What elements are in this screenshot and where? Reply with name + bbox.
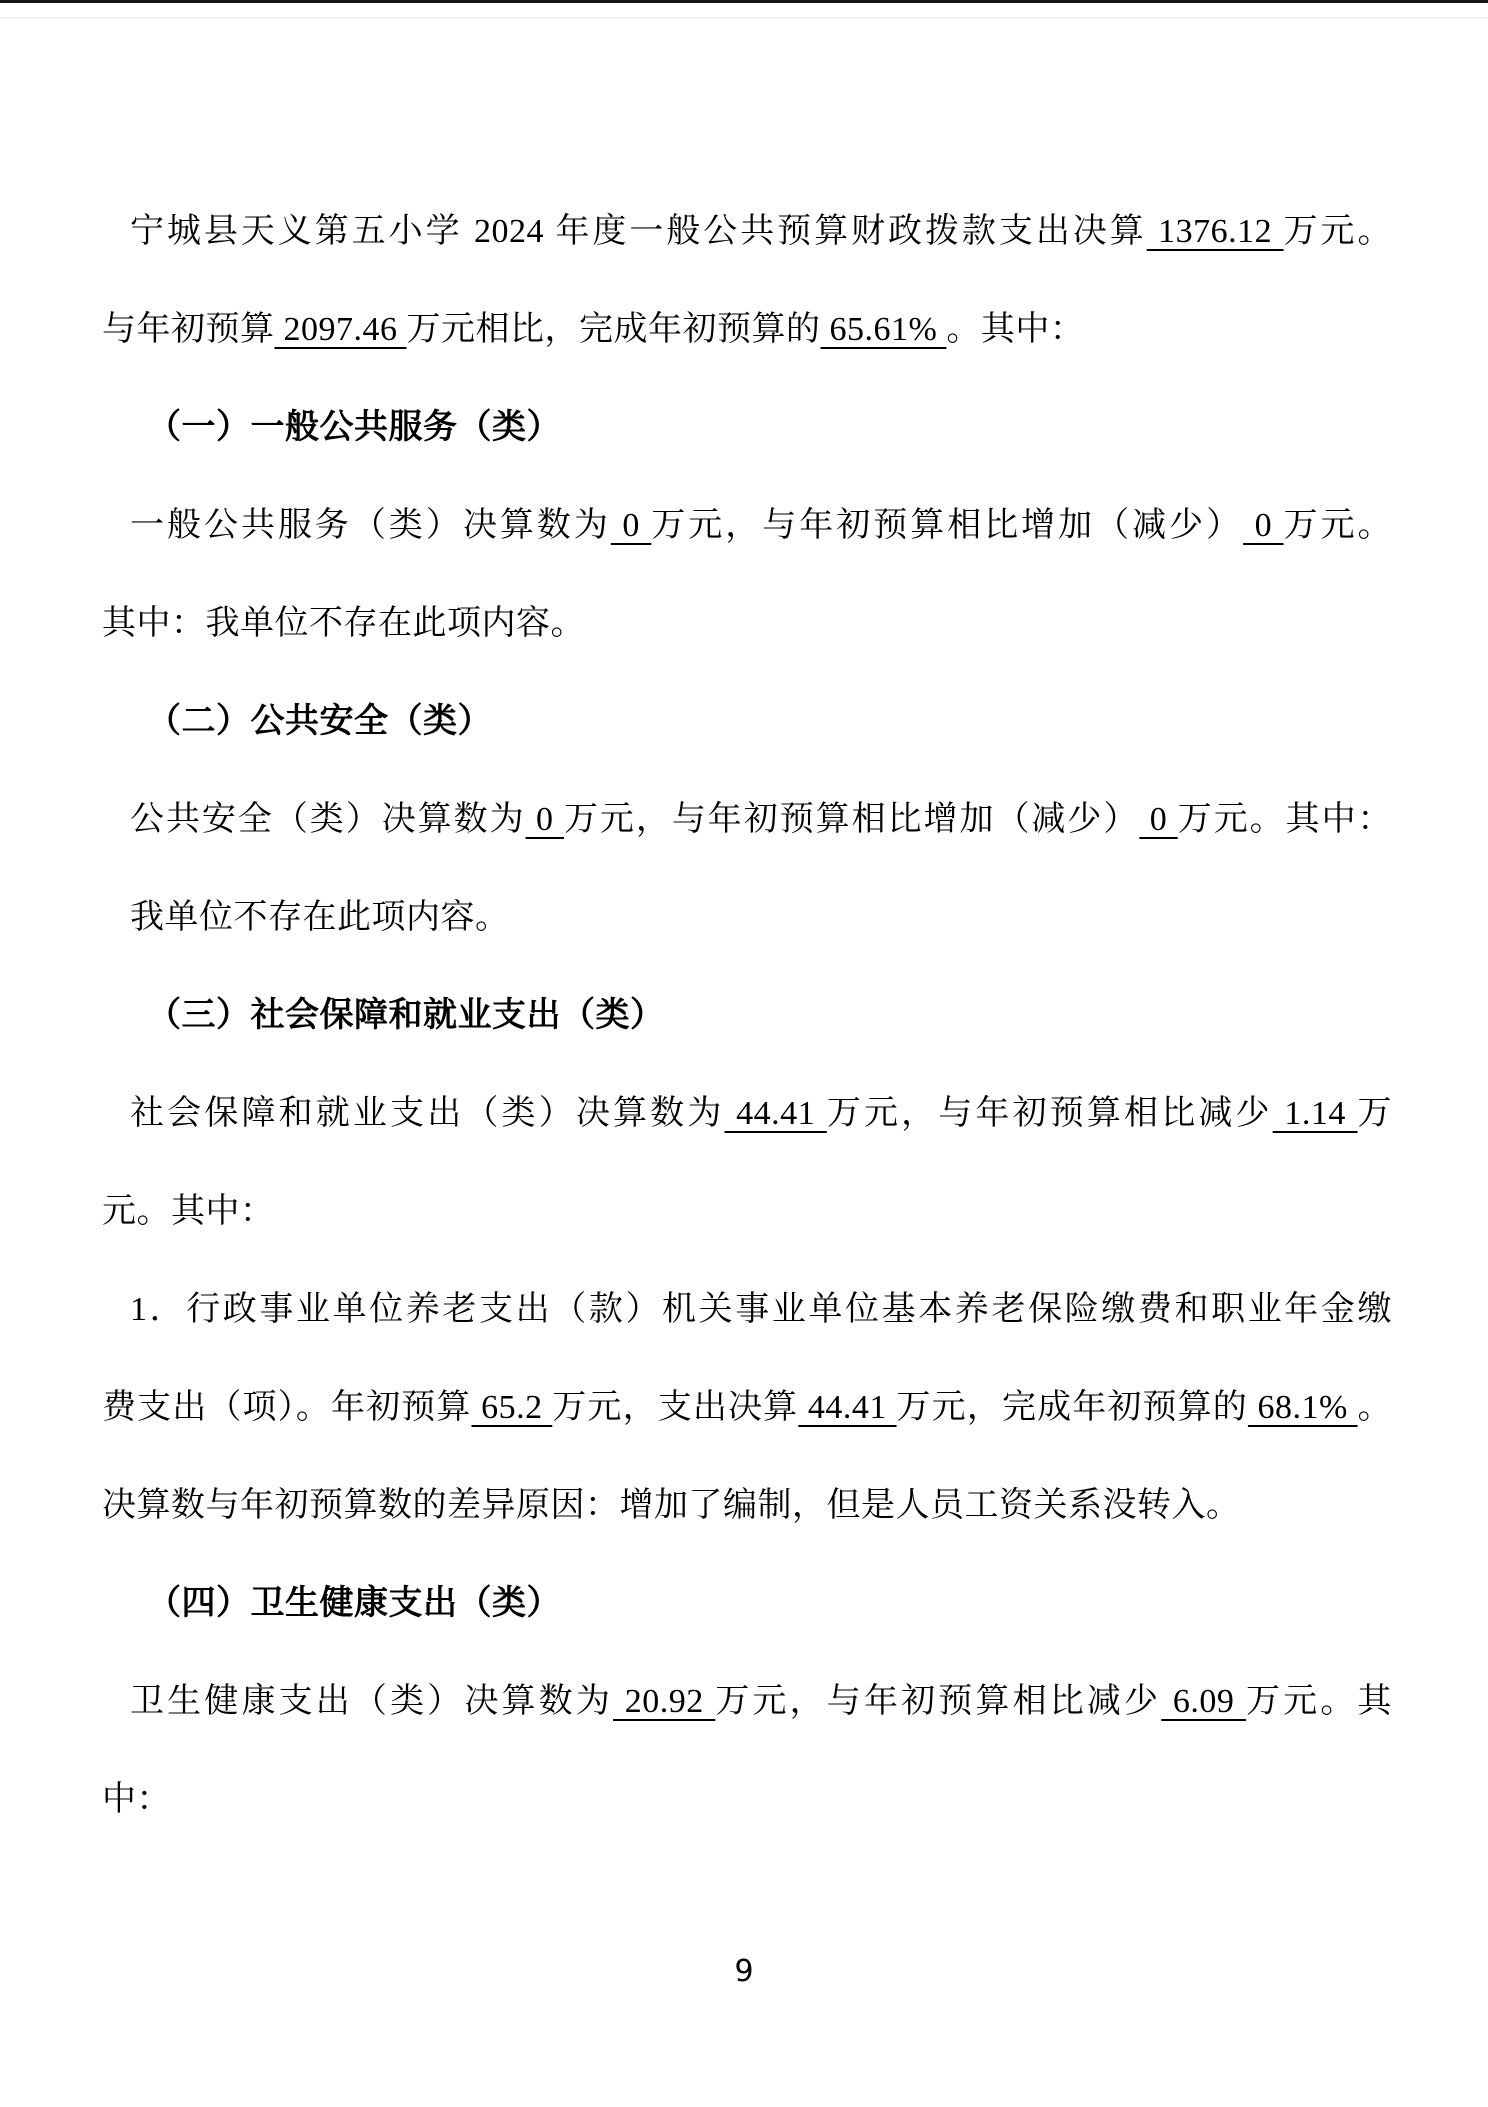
text-segment: 元。其中： (102, 1193, 275, 1230)
text-segment: （四）卫生健康支出（类） (147, 1585, 561, 1622)
section-1-line-2: 其中：我单位不存在此项内容。 (102, 575, 1392, 673)
text-segment: 万元。 (1284, 507, 1392, 544)
section-2-line-2: 我单位不存在此项内容。 (102, 869, 1392, 967)
underlined-value: 0 (526, 801, 564, 838)
window-top-edge (0, 17, 1488, 19)
text-segment: 卫生健康支出（类）决算数为 (130, 1683, 613, 1720)
section-4-line-2: 中： (102, 1751, 1392, 1849)
document-body: 宁城县天义第五小学 2024 年度一般公共预算财政拨款支出决算 1376.12 … (102, 183, 1392, 1849)
section-3-item-1-line-2: 费支出（项）。年初预算 65.2 万元，支出决算 44.41 万元，完成年初预算… (102, 1359, 1392, 1457)
text-segment: 万元相比，完成年初预算的 (407, 311, 821, 348)
underlined-value: 65.61% (821, 311, 947, 348)
text-segment: 万元，完成年初预算的 (897, 1389, 1248, 1426)
text-segment: 1．行政事业单位养老支出（款）机关事业单位基本养老保险缴费和职业年金缴 (130, 1291, 1392, 1328)
heading-section-4: （四）卫生健康支出（类） (102, 1555, 1392, 1653)
section-2-line-1: 公共安全（类）决算数为 0 万元，与年初预算相比增加（减少） 0 万元。其中： (102, 771, 1392, 869)
text-segment: 与年初预算 (102, 311, 275, 348)
text-segment: 万元。 (1284, 213, 1392, 250)
text-segment: 宁城县天义第五小学 2024 年度一般公共预算财政拨款支出决算 (130, 213, 1147, 250)
underlined-value: 65.2 (472, 1389, 553, 1426)
section-1-line-1: 一般公共服务（类）决算数为 0 万元，与年初预算相比增加（减少） 0 万元。 (102, 477, 1392, 575)
text-segment: 公共安全（类）决算数为 (130, 801, 526, 838)
intro-line-1: 宁城县天义第五小学 2024 年度一般公共预算财政拨款支出决算 1376.12 … (102, 183, 1392, 281)
text-segment: （三）社会保障和就业支出（类） (147, 997, 665, 1034)
text-segment: 费支出（项）。年初预算 (102, 1389, 472, 1426)
underlined-value: 2097.46 (275, 311, 407, 348)
text-segment: （一）一般公共服务（类） (147, 409, 561, 446)
section-3-line-2: 元。其中： (102, 1163, 1392, 1261)
text-segment: 其中：我单位不存在此项内容。 (102, 605, 585, 642)
text-segment: 决算数与年初预算数的差异原因：增加了编制，但是人员工资关系没转入。 (102, 1487, 1241, 1524)
text-segment: 。 (1358, 1389, 1392, 1426)
text-segment: 万元，支出决算 (552, 1389, 798, 1426)
text-segment: 中： (102, 1781, 171, 1818)
intro-line-2: 与年初预算 2097.46 万元相比，完成年初预算的 65.61% 。其中： (102, 281, 1392, 379)
section-4-line-1: 卫生健康支出（类）决算数为 20.92 万元，与年初预算相比减少 6.09 万元… (102, 1653, 1392, 1751)
text-segment: 万元，与年初预算相比减少 (827, 1095, 1273, 1132)
underlined-value: 68.1% (1248, 1389, 1358, 1426)
text-segment: 万元，与年初预算相比增加（减少） (651, 507, 1243, 544)
underlined-value: 0 (611, 507, 651, 544)
text-segment: 社会保障和就业支出（类）决算数为 (130, 1095, 725, 1132)
text-segment: 万元。其 (1246, 1683, 1392, 1720)
heading-section-1: （一）一般公共服务（类） (102, 379, 1392, 477)
text-segment: 万元。其中： (1178, 801, 1392, 838)
heading-section-2: （二）公共安全（类） (102, 673, 1392, 771)
underlined-value: 44.41 (725, 1095, 827, 1132)
underlined-value: 1376.12 (1147, 213, 1284, 250)
underlined-value: 6.09 (1161, 1683, 1246, 1720)
underlined-value: 1.14 (1273, 1095, 1358, 1132)
text-segment: （二）公共安全（类） (147, 703, 492, 740)
text-segment: 。其中： (946, 311, 1084, 348)
underlined-value: 0 (1243, 507, 1283, 544)
text-segment: 我单位不存在此项内容。 (130, 899, 510, 936)
document-page: 宁城县天义第五小学 2024 年度一般公共预算财政拨款支出决算 1376.12 … (0, 0, 1488, 2107)
text-segment: 万元，与年初预算相比增加（减少） (564, 801, 1139, 838)
text-segment: 一般公共服务（类）决算数为 (130, 507, 611, 544)
heading-section-3: （三）社会保障和就业支出（类） (102, 967, 1392, 1065)
text-segment: 万 (1358, 1095, 1393, 1132)
underlined-value: 0 (1139, 801, 1177, 838)
text-segment: 万元，与年初预算相比减少 (715, 1683, 1161, 1720)
underlined-value: 44.41 (798, 1389, 896, 1426)
section-3-line-1: 社会保障和就业支出（类）决算数为 44.41 万元，与年初预算相比减少 1.14… (102, 1065, 1392, 1163)
underlined-value: 20.92 (613, 1683, 715, 1720)
section-3-item-1-line-1: 1．行政事业单位养老支出（款）机关事业单位基本养老保险缴费和职业年金缴 (102, 1261, 1392, 1359)
page-number: 9 (0, 1955, 1488, 1989)
section-3-item-1-line-3: 决算数与年初预算数的差异原因：增加了编制，但是人员工资关系没转入。 (102, 1457, 1392, 1555)
